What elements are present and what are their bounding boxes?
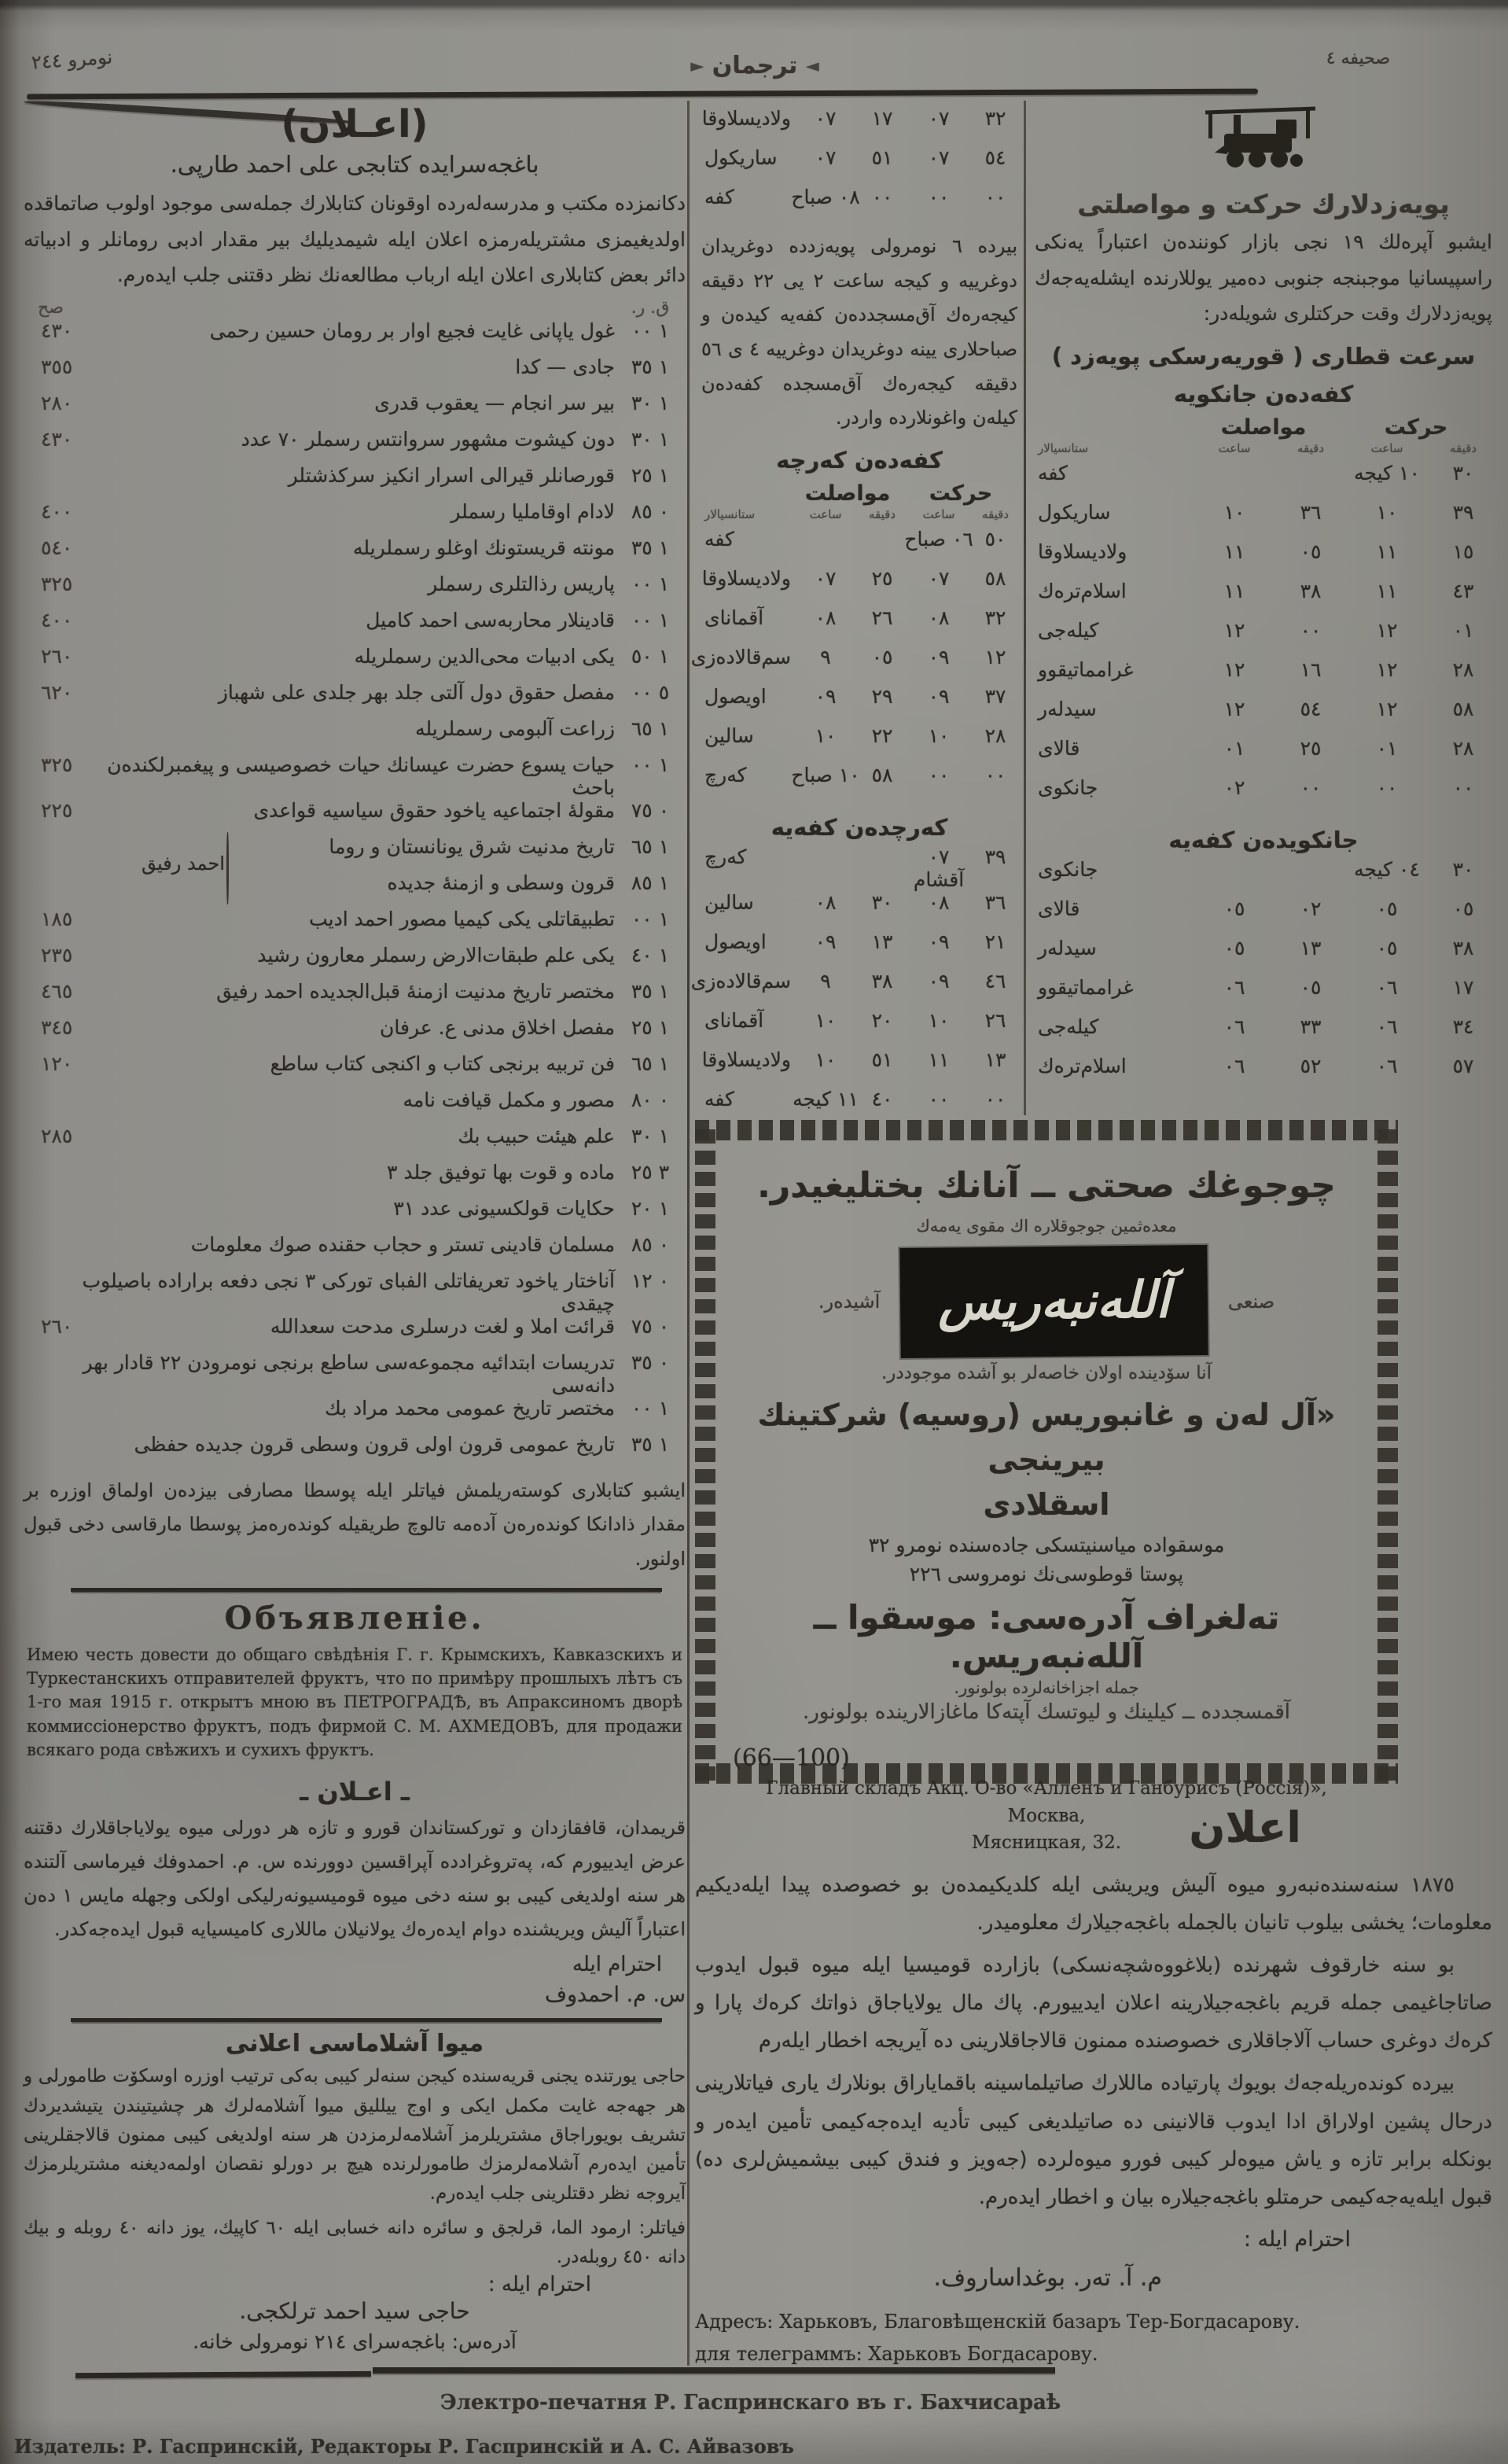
station-name: ساریكول <box>701 146 791 169</box>
station-name: سیدلەر <box>1035 698 1187 720</box>
col-price: ق. ر. <box>615 298 686 318</box>
grafting-heading: میوا آشلاماسی اعلانی <box>24 2030 686 2057</box>
book-price: ٥ ٠٠ <box>615 681 686 704</box>
station-name: غرامماتیقوو <box>1035 976 1187 999</box>
timetable-row: ٣٦ ٠٨ ٣٠ ٠٨ سالین <box>701 891 1017 930</box>
book-page-count: ٦٢٠ <box>41 681 86 704</box>
section-divider <box>71 2018 662 2022</box>
book-list-item: ٠ ٨٥ مسلمان قادینی تستر و حجاب حقنده صوك… <box>24 1233 686 1269</box>
book-title: پاریس رذالتلری رسملر <box>69 573 615 595</box>
signature-closing: احترام ایله <box>572 1953 662 1976</box>
timetable-row: ٣٢ ٠٨ ٢٦ ٠٨ آقمانای <box>701 606 1017 646</box>
book-list-item: ١ ٠٠ تطبیقاتلی یکی کیمیا مصور احمد ادیب … <box>24 908 686 944</box>
station-name: سیدلەر <box>1035 937 1187 959</box>
station-name: سالین <box>701 724 791 747</box>
station-name: قالای <box>1035 737 1187 760</box>
book-price: ٠ ٧٥ <box>615 1315 686 1338</box>
book-list-column-headers: ق. ر. صح <box>24 298 686 318</box>
book-title: آناختار یاخود تعریفاتلی الفبای تورکی ٣ ن… <box>69 1269 615 1315</box>
station-name: ولادیسلاوقا <box>699 107 791 130</box>
book-title: ماده و قوت بها توفیق جلد ٣ <box>69 1161 615 1184</box>
timetable-dzhankoy-kefe: ٣٠ ٠٤ کیجه جانكوی ٠٥ ٠٥ ٠٢ ٠٥ قالای ٣٨ <box>1035 858 1492 1094</box>
grafting-signature-block: احترام ایله : <box>197 2273 591 2296</box>
station-name: سالین <box>701 891 791 914</box>
newspaper-page: نومرو ٢٤٤ ◄ ترجمان ► صحيفه ٤ پویەزدلارك … <box>0 0 1508 2464</box>
ad-company-line1: «آل لەن و غانبوریس (روسیه) شرکتینك بیرین… <box>733 1393 1360 1482</box>
book-price: ١ ٣٠ <box>615 1125 686 1147</box>
book-list-item: ٠ ٧٥ مقولهٔ اجتماعیه یاخود حقوق سیاسیه ق… <box>24 799 686 835</box>
book-price: ٣ ٢٥ <box>615 1161 686 1184</box>
timetable-header-units: دقیقه ساعت دقیقه ساعت ستانسیالار <box>701 507 1017 521</box>
timetable-kefe-kerch: ٥٠ ٠٦ صباح كفه ٥٨ ٠٧ ٢٥ ٠٧ ولادیسلاوقا ٣… <box>701 528 1017 803</box>
timetable-row: ٥٤ ٠٧ ٥١ ٠٧ ساریكول <box>701 146 1017 186</box>
timetable-row: ٢٦ ١٠ ٢٠ ١٠ آقمانای <box>701 1009 1017 1048</box>
book-list-item: ١ ٢٥ قورصانلر قیرالی اسرار انکیز سرکذشتل… <box>24 464 686 500</box>
signature-closing: احترام ایله : <box>1244 2227 1351 2252</box>
ornament-border-left <box>695 1123 715 1781</box>
ilan-paragraph-1: ١٨٧٥ سنەسندەنبەرو میوه آلیش ویریشی ایله … <box>695 1866 1492 1942</box>
station-name: جانكوی <box>1035 858 1187 881</box>
book-list-item: ١ ٤٠ یکی علم طبقات‌الارض رسملر معارون رش… <box>24 944 686 980</box>
station-name: غرامماتیقوو <box>1035 658 1187 681</box>
book-price: ١ ٢٥ <box>615 1016 686 1039</box>
book-price: ١ ٠٠ <box>615 319 686 342</box>
ahmedov-signature-block: احترام ایله <box>47 1953 662 1976</box>
col-hour: ساعت <box>791 507 860 521</box>
book-page-count: ٤٠٠ <box>41 609 86 632</box>
grafting-address: آدرەس: باغجەسرای ٢١٤ نومرولی خانه. <box>24 2330 686 2353</box>
author-label: احمد رفیق <box>142 853 225 875</box>
timetable-kefe-kerch-title: كفەدەن كەرچه <box>701 447 1017 473</box>
timetable-kerch-kefe-title: كەرچدەن كفەیه <box>701 814 1017 841</box>
book-page-count: ٣٥٥ <box>41 355 86 378</box>
russian-address-line1: Адресъ: Харьковъ, Благовѣщенскій базаръ … <box>695 2306 1398 2338</box>
russian-address-line2: для телеграммъ: Харьковъ Богдасарову. <box>695 2338 1398 2370</box>
timetable-row: ٠١ ١٢ ٠٠ ١٢ كیلەجی <box>1035 619 1492 658</box>
book-list-item: ٣ ٢٥ ماده و قوت بها توفیق جلد ٣ <box>24 1161 686 1197</box>
book-page-count: ١٨٥ <box>41 908 86 930</box>
station-name: كفه <box>701 1088 791 1110</box>
station-name: كفه <box>701 528 791 551</box>
book-title: قادینلار محاربەسی احمد کامیل <box>69 609 615 632</box>
book-list-item: ١ ٢٠ حکایات قولکسیونی عدد ٣١ <box>24 1197 686 1233</box>
book-price: ١ ٠٠ <box>615 573 686 595</box>
timetable-row: ٥٧ ٠٦ ٥٢ ٠٦ اسلام‌ترەك <box>1035 1055 1492 1094</box>
locomotive-icon <box>1201 105 1326 178</box>
book-price: ١ ٣٠ <box>615 428 686 451</box>
book-list-item: ٠ ٣٥ تدریسات ابتدائیه مجموعەسی ساطع برنج… <box>24 1351 686 1397</box>
ad-address-postbox: پوستا قوطوسی‌نك نومروسی ٢٢٦ <box>733 1563 1360 1586</box>
signature-closing: احترام ایله : <box>488 2273 591 2296</box>
bogdasarov-signature: م. آ. تەر. بوغداساروف. <box>695 2264 1162 2292</box>
station-name: ساریكول <box>1035 501 1187 524</box>
book-title: لادام اوقاملیا رسملر <box>69 500 615 523</box>
book-price: ١ ٢٠ <box>615 1197 686 1220</box>
timetable-row: ١٧ ٠٦ ٠٥ ٠٦ غرامماتیقوو <box>1035 976 1492 1015</box>
book-page-count: ٥٤٠ <box>41 536 86 559</box>
book-price: ١ ٠٠ <box>615 1397 686 1420</box>
timetable-row: ٠٥ ٠٥ ٠٢ ٠٥ قالای <box>1035 897 1492 937</box>
book-page-count: ٢٨٥ <box>41 1125 86 1147</box>
page-number: صحيفه ٤ <box>1326 49 1390 68</box>
book-title: مفصل حقوق دول آلتی جلد بهر جلدی علی شهبا… <box>69 681 615 704</box>
book-list-item: ٠ ٨٠ مصور و مکمل قیافت نامه <box>24 1088 686 1125</box>
timetable-row: ٥٨ ١٢ ٥٤ ١٢ سیدلەر <box>1035 698 1492 737</box>
book-price: ٠ ٨٠ <box>615 1088 686 1111</box>
station-name: آقمانای <box>701 606 791 629</box>
allenburys-logo: آللەنبەریس <box>900 1245 1208 1358</box>
book-list-item: ٥ ٠٠ مفصل حقوق دول آلتی جلد بهر جلدی علی… <box>24 681 686 717</box>
bogdasarov-ilan: اعلان ١٨٧٥ سنەسندەنبەرو میوه آلیش ویریشی… <box>695 1803 1492 2370</box>
ornament-wing-left-icon: ► <box>690 57 704 76</box>
book-list-item: ١ ٠٠ حیات یسوع حضرت عیسانك حیات خصوصیسی … <box>24 753 686 799</box>
timetable-row: ٣٩ ٠٧ آقشام كەرچ <box>701 845 1017 891</box>
book-list-item: ١ ٢٥ مفصل اخلاق مدنی ع. عرفان ٣٤٥ <box>24 1016 686 1052</box>
book-title: حکایات قولکسیونی عدد ٣١ <box>69 1197 615 1220</box>
ad-reference-number: (66—100) <box>733 1744 1360 1772</box>
issue-number: نومرو ٢٤٤ <box>31 46 113 73</box>
book-title: تدریسات ابتدائیه مجموعەسی ساطع برنجی نوم… <box>69 1351 615 1397</box>
book-list-item: ١ ٠٠ قادینلار محاربەسی احمد کامیل ٤٠٠ <box>24 609 686 645</box>
book-title: مصور و مکمل قیافت نامه <box>69 1088 615 1111</box>
footer-divider <box>373 2367 1055 2374</box>
book-list-item: ١ ٥٠ یکی ادبیات محی‌الدین رسملریله ٢٦٠ <box>24 645 686 681</box>
book-price: ١ ٢٥ <box>615 464 686 487</box>
book-list-item: ٠ ٨٥ لادام اوقاملیا رسملر ٤٠٠ <box>24 500 686 536</box>
timetable-dzhankoy-kefe-title: جانكویدەن كفەیه <box>1035 827 1492 853</box>
timetable-row: ١٥ ١١ ٠٥ ١١ ولادیسلاوقا <box>1035 540 1492 580</box>
timetable-row: ٢٨ ١٢ ١٦ ١٢ غرامماتیقوو <box>1035 658 1492 698</box>
book-price: ٠ ٨٥ <box>615 500 686 523</box>
timetable-row: ٤٣ ١١ ٣٨ ١١ اسلام‌ترەك <box>1035 580 1492 619</box>
book-list-item: ١ ٦٥ زراعت آلبومی رسملریله <box>24 717 686 753</box>
book-price: ١ ٣٥ <box>615 536 686 559</box>
timetable-dzhankoy-kefe-continued: ٣٢ ٠٧ ١٧ ٠٧ ولادیسلاوقا ٥٤ ٠٧ ٥١ ٠٧ ساری… <box>701 107 1017 225</box>
book-price: ١ ٦٥ <box>615 1052 686 1075</box>
book-price: ١ ٠٠ <box>615 609 686 632</box>
direct-wagon-note: بیرده ٦ نومرولی پویەزدده دوغریدان دوغریی… <box>701 230 1017 436</box>
book-title: یکی ادبیات محی‌الدین رسملریله <box>69 645 615 668</box>
book-list-item: ١ ٣٠ بیر سر انجام — یعقوب قدری ٢٨٠ <box>24 392 686 428</box>
mail-order-note: ایشبو کتابلاری کوستەریلمش فیاتلر ایله پو… <box>24 1474 686 1577</box>
book-price: ١ ٣٥ <box>615 980 686 1003</box>
printing-house-line: Электро-печатня Р. Гаспринскаго въ г. Ба… <box>440 2391 1061 2414</box>
timetable-kefe-dzhankoy: ٣٠ ١٠ کیجه كفه ٣٩ ١٠ ٣٦ ١٠ ساریكول ١٥ <box>1035 462 1492 816</box>
timetable-row: ٣٧ ٠٩ ٢٩ ٠٩ اویصول <box>701 685 1017 724</box>
express-train-note: سرعت قطاری ( قوریەرسکی پویەزد ) <box>1035 343 1492 370</box>
book-page-count: ٣٤٥ <box>41 1016 86 1039</box>
station-name: سم‌قالادەزی <box>688 646 791 668</box>
book-price: ١ ٣٠ <box>615 392 686 414</box>
book-title: علم هیئت حبیب بك <box>69 1125 615 1147</box>
timetable-row: ٥٠ ٠٦ صباح كفه <box>701 528 1017 567</box>
book-title: یکی علم طبقات‌الارض رسملر معارون رشید <box>69 944 615 967</box>
col-stations: ستانسیالار <box>1035 441 1187 455</box>
book-list-item: ١ ٦٥ تاریخ مدنیت شرق یونانستان و روما <box>24 835 686 871</box>
book-page-count: ٣٢٥ <box>41 573 86 595</box>
timetable-row: ٠٠ ٠٠ ٠٠ ٠٨ صباح كفه <box>701 186 1017 225</box>
station-name: ولادیسلاوقا <box>699 567 791 590</box>
station-name: كفه <box>701 186 791 208</box>
book-title: تاریخ عمومی قرون اولی قرون وسطی قرون جدی… <box>69 1433 615 1456</box>
timetable-row: ١٢ ٠٩ ٠٥ ٩ سم‌قالادەزی <box>701 646 1017 685</box>
author-brace <box>226 832 229 904</box>
book-title: غول یاپانی غایت فجیع اوار بر رومان حسین … <box>69 319 615 342</box>
timetable-row: ٢٨ ٠١ ٢٥ ٠١ قالای <box>1035 737 1492 776</box>
book-list: ١ ٠٠ غول یاپانی غایت فجیع اوار بر رومان … <box>24 319 686 1469</box>
station-name: ولادیسلاوقا <box>1035 540 1187 563</box>
book-page-count: ١٢٠ <box>41 1052 86 1075</box>
book-price: ١ ٣٥ <box>615 1433 686 1456</box>
book-list-item: ١ ٠٠ پاریس رذالتلری رسملر ٣٢٥ <box>24 573 686 609</box>
ilan-paragraph-3: بیرده کوندەریلەجەك بویوك پارتیاده ماللار… <box>695 2064 1492 2215</box>
col-page-count: صح <box>38 298 64 318</box>
station-name: اسلام‌ترەك <box>1035 580 1187 602</box>
obyavlenie-body: Имею честь довести до общаго свѣдѣнія Г.… <box>27 1643 682 1762</box>
col-minute: دقیقه <box>1282 441 1340 455</box>
ad-company-line2: اسقلادی <box>733 1482 1360 1527</box>
col-hour: ساعت <box>1340 441 1434 455</box>
book-page-count: ٢٨٠ <box>41 392 86 414</box>
book-page-count: ٢٦٠ <box>41 1315 86 1338</box>
book-title: زراعت آلبومی رسملریله <box>69 717 615 740</box>
book-title: قورصانلر قیرالی اسرار انکیز سرکذشتلر <box>69 464 615 487</box>
book-title: مختصر تاریخ مدنیت ازمنهٔ قبل‌الجدیده احم… <box>69 980 615 1003</box>
train-schedule-column: پویەزدلارك حرکت و مواصلتی ایشبو آپرەلك ١… <box>1035 104 1492 1094</box>
book-page-count: ٤٦٥ <box>41 980 86 1003</box>
timetable-row: ٣٨ ٠٥ ١٣ ٠٥ سیدلەر <box>1035 937 1492 976</box>
col-departure: حرکت <box>904 481 1017 506</box>
timetable-row: ٣٠ ٠٤ کیجه جانكوی <box>1035 858 1492 897</box>
book-title: دون کیشوت مشهور سروانتس رسملر ٧٠ عدد <box>69 428 615 451</box>
col-departure: حرکت <box>1340 415 1492 440</box>
timetable-row: ٤٦ ٠٩ ٣٨ ٩ سم‌قالادەزی <box>701 970 1017 1009</box>
station-name: اویصول <box>701 930 791 953</box>
masthead: ◄ ترجمان ► <box>637 52 873 79</box>
timetable-row: ٣٤ ٠٦ ٣٣ ٠٦ كیلەجی <box>1035 1015 1492 1055</box>
book-price: ١ ٠٠ <box>615 753 686 776</box>
station-name: كەرچ <box>701 764 791 786</box>
book-title: قرائت املا و لغت درسلری مدحت سعدالله <box>69 1315 615 1338</box>
book-title: مونته قریستونك اوغلو رسملریله <box>69 536 615 559</box>
station-name: اویصول <box>701 685 791 708</box>
book-page-count: ٤٠٠ <box>41 500 86 523</box>
station-name: سم‌قالادەزی <box>688 970 791 993</box>
publisher-line: Издатель: Р. Гаспринскій, Редакторы Р. Г… <box>14 2435 794 2458</box>
ornament-border-top <box>695 1120 1398 1140</box>
book-price: ١ ٤٠ <box>615 944 686 967</box>
book-price: ٠ ٨٥ <box>615 1233 686 1256</box>
ad-brand-side-left: آشیدەر. <box>818 1291 880 1313</box>
book-title: حیات یسوع حضرت عیسانك حیات خصوصیسی و پیغ… <box>69 753 615 799</box>
footer-divider <box>75 2371 371 2378</box>
ad-milk-line: آنا سۆدینده اولان خاصەلر بو آشدە موجوددر… <box>733 1363 1360 1383</box>
timetable-kefe-dzhankoy-title: كفەدەن جانكویه <box>1035 381 1492 407</box>
bookseller-ilan-heading: (اعـلان) <box>24 102 686 146</box>
timetable-row: ٢٨ ١٠ ٢٢ ١٠ سالین <box>701 724 1017 764</box>
ad-brand-side-right: صنعی <box>1228 1291 1274 1313</box>
book-price: ٠ ٣٥ <box>615 1351 686 1374</box>
bookseller-name: باغجەسرایده کتابجی علی احمد طارپی. <box>24 151 686 178</box>
col-arrival: مواصلت <box>791 481 904 506</box>
book-list-item: ١ ٦٥ فن تربیه برنجی کتاب و اکنجی کتاب سا… <box>24 1052 686 1088</box>
book-price: ٠ ٧٥ <box>615 799 686 822</box>
book-title: مسلمان قادینی تستر و حجاب حقنده صوك معلو… <box>69 1233 615 1256</box>
book-list-item: ١ ٨٥ قرون وسطی و ازمنهٔ جدیده <box>24 871 686 908</box>
timetable-row: ٥٨ ٠٧ ٢٥ ٠٧ ولادیسلاوقا <box>701 567 1017 606</box>
book-title: فن تربیه برنجی کتاب و اکنجی کتاب ساطع <box>69 1052 615 1075</box>
ahmedov-ilan-body: قریمدان، قافقازدان و تورکستاندان قورو و … <box>24 1811 686 1947</box>
station-name: كەرچ <box>701 845 791 868</box>
book-page-count: ٣٢٥ <box>41 753 86 776</box>
book-list-item: ١ ٣٥ جادی — کدا ٣٥٥ <box>24 355 686 392</box>
book-list-item: ٠ ٧٥ قرائت املا و لغت درسلری مدحت سعدالل… <box>24 1315 686 1351</box>
col-hour: ساعت <box>904 507 973 521</box>
ad-headline: چوجوغك صحتی ــ آنانك بختلیغیدر. <box>733 1166 1360 1206</box>
col-minute: دقیقه <box>973 507 1017 521</box>
ahmedov-ilan-heading: ـ اعـلان ـ <box>24 1777 686 1807</box>
timetable-row: ٠٠ ٠٠ ٥٨ ١٠ صباح كەرچ <box>701 764 1017 803</box>
station-name: ولادیسلاوقا <box>699 1048 791 1071</box>
masthead-title: ترجمان <box>712 52 798 79</box>
book-title: جادی — کدا <box>69 355 615 378</box>
ad-subline: معدەثمین جوجوقلاره اك مقوی یەمەك <box>733 1217 1360 1236</box>
timetable-row: ١٣ ١١ ٥١ ١٠ ولادیسلاوقا <box>701 1048 1017 1088</box>
station-name: اسلام‌ترەك <box>1035 1055 1187 1077</box>
timetable-row: ٣٠ ١٠ کیجه كفه <box>1035 462 1492 501</box>
ad-telegraph-line: تەلغراف آدرەسی: موسقوا ــ آللەنبەریس. <box>733 1598 1360 1675</box>
book-price: ١ ٦٥ <box>615 835 686 858</box>
ornament-wing-right-icon: ◄ <box>806 57 819 76</box>
column-divider-right <box>1024 101 1026 1115</box>
timetable-header-units: دقیقه ساعت دقیقه ساعت ستانسیالار <box>1035 441 1492 455</box>
book-list-item: ١ ٣٥ مختصر تاریخ مدنیت ازمنهٔ قبل‌الجدید… <box>24 980 686 1016</box>
bookseller-column: (اعـلان) باغجەسرایده کتابجی علی احمد طار… <box>24 101 686 2353</box>
book-price: ١ ٦٥ <box>615 717 686 740</box>
ad-address-street: موسقواده میاسنیتسکی جادەسنده نومرو ٣٢ <box>733 1534 1360 1556</box>
timetable-row: ٠٠ ٠٠ ٠٠ ٠٢ جانكوی <box>1035 776 1492 816</box>
column-divider-left <box>687 101 690 2366</box>
book-title: مفصل اخلاق مدنی ع. عرفان <box>69 1016 615 1039</box>
book-list-item: ١ ٣٠ علم هیئت حبیب بك ٢٨٥ <box>24 1125 686 1161</box>
station-name: كفه <box>1035 462 1187 484</box>
timetable-kerch-kefe: ٣٩ ٠٧ آقشام كەرچ ٣٦ ٠٨ ٣٠ ٠٨ سالین ٢١ <box>701 845 1017 1127</box>
ilan-heading: اعلان <box>1046 1803 1444 1852</box>
book-price: ١ ٣٥ <box>615 355 686 378</box>
station-name: جانكوی <box>1035 776 1187 799</box>
ad-availability-1: جمله اجزاخانەلرده بولونور. <box>733 1678 1360 1697</box>
grafting-signature: حاجی سید احمد ترلکجی. <box>24 2298 686 2324</box>
book-price: ٠ ١٢ <box>615 1269 686 1292</box>
ilan-paragraph-2: بو سنه خارقوف شهرنده (بلاغووەشچەنسکی) با… <box>695 1947 1492 2060</box>
col-arrival: مواصلت <box>1187 415 1340 440</box>
station-name: كیلەجی <box>1035 1015 1187 1038</box>
station-name: قالای <box>1035 897 1187 920</box>
col-stations: ستانسیالار <box>701 507 791 521</box>
grafting-prices: فیاتلر: ارمود الما، قرلجق و سائره دانه خ… <box>24 2214 686 2272</box>
ahmedov-signature: س. م. احمدوف <box>24 1983 686 2007</box>
grafting-body: حاجی یورتنده یجنی قریەسنده کیجن سنەلر کی… <box>24 2062 686 2208</box>
book-list-item: ١ ٣٥ تاریخ عمومی قرون اولی قرون وسطی قرو… <box>24 1433 686 1469</box>
ornament-border-right <box>1377 1123 1398 1781</box>
ad-availability-2: آقمسجدده ــ کیلینك و لیوتسك آپتەکا ماغاز… <box>733 1700 1360 1724</box>
book-title: مقولهٔ اجتماعیه یاخود حقوق سیاسیه قواعدی <box>69 799 615 822</box>
timetable-header-groups: حرکت مواصلت <box>1035 415 1492 440</box>
book-page-count: ٤٣٠ <box>41 319 86 342</box>
book-page-count: ٢٢٥ <box>41 799 86 822</box>
col-minute: دقیقه <box>860 507 904 521</box>
schedule-section-title: پویەزدلارك حرکت و مواصلتی <box>1035 189 1492 219</box>
allenburys-ad: چوجوغك صحتی ــ آنانك بختلیغیدر. معدەثمین… <box>695 1120 1398 1784</box>
book-title: تطبیقاتلی یکی کیمیا مصور احمد ادیب <box>69 908 615 930</box>
book-price: ١ ٠٠ <box>615 908 686 930</box>
obyavlenie-heading: Объявленіе. <box>24 1600 686 1637</box>
station-name: آقمانای <box>701 1009 791 1032</box>
bookseller-intro: دکانمزده مکتب و مدرسەلەرده اوقونان کتابل… <box>24 186 686 293</box>
station-name: كیلەجی <box>1035 619 1187 642</box>
book-title: مختصر تاریخ عمومی محمد مراد بك <box>69 1397 615 1420</box>
book-title: بیر سر انجام — یعقوب قدری <box>69 392 615 414</box>
col-hour: ساعت <box>1187 441 1282 455</box>
timetable-row: ٣٢ ٠٧ ١٧ ٠٧ ولادیسلاوقا <box>701 107 1017 146</box>
header-divider <box>27 89 1258 100</box>
section-divider <box>71 1588 662 1592</box>
timetable-row: ٣٩ ١٠ ٣٦ ١٠ ساریكول <box>1035 501 1492 540</box>
book-list-item: ١ ٣٥ مونته قریستونك اوغلو رسملریله ٥٤٠ <box>24 536 686 573</box>
col-minute: دقیقه <box>1434 441 1492 455</box>
schedule-continuation-column: ٣٢ ٠٧ ١٧ ٠٧ ولادیسلاوقا ٥٤ ٠٧ ٥١ ٠٧ ساری… <box>701 107 1017 1127</box>
book-list-item: ١ ٣٠ دون کیشوت مشهور سروانتس رسملر ٧٠ عد… <box>24 428 686 464</box>
schedule-intro: ایشبو آپرەلك ١٩ نجی بازار کونندەن اعتبار… <box>1035 224 1492 332</box>
book-page-count: ٢٣٥ <box>41 944 86 967</box>
book-list-item: ١ ٠٠ غول یاپانی غایت فجیع اوار بر رومان … <box>24 319 686 355</box>
book-page-count: ٤٣٠ <box>41 428 86 451</box>
timetable-row: ٢١ ٠٩ ١٣ ٠٩ اویصول <box>701 930 1017 970</box>
book-page-count: ٢٦٠ <box>41 645 86 668</box>
book-list-item: ٠ ١٢ آناختار یاخود تعریفاتلی الفبای تورک… <box>24 1269 686 1315</box>
book-price: ١ ٥٠ <box>615 645 686 668</box>
book-list-item: ١ ٠٠ مختصر تاریخ عمومی محمد مراد بك <box>24 1397 686 1433</box>
book-price: ١ ٨٥ <box>615 871 686 894</box>
timetable-header-groups: حرکت مواصلت <box>701 481 1017 506</box>
